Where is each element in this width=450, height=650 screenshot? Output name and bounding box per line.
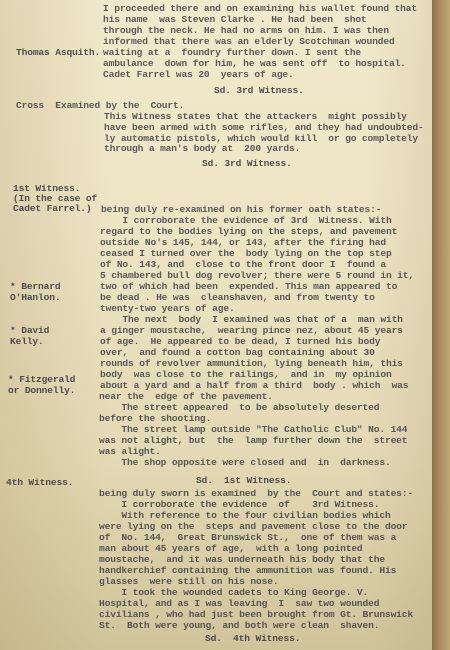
body-line: 5 chambered bull dog revolver; there wer… [100, 271, 414, 282]
margin-note: O'Hanlon. [10, 293, 60, 304]
body-line: a ginger moustache, wearing pince nez, a… [100, 326, 403, 337]
body-line: two of which had been expended. This man… [100, 282, 397, 293]
body-line: be dead . He was cleanshaven, and from t… [100, 293, 375, 304]
body-line: I corroborate the evidence of 3rd Witnes… [99, 500, 379, 511]
section-heading: Cadet Farrel.) [13, 204, 92, 215]
margin-note: Kelly. [10, 337, 44, 348]
margin-note: * David [10, 326, 49, 337]
body-line: was not alight, but the lamp further dow… [99, 436, 407, 447]
body-line: I took the wounded cadets to King George… [99, 588, 368, 599]
body-line: outside No's 145, 144, or 143, after the… [100, 238, 386, 249]
section-heading: 4th Witness. [6, 478, 73, 489]
body-line: Hospital, and as I was leaving I saw two… [99, 599, 379, 610]
body-line: man about 45 years of age, with a long p… [99, 544, 363, 555]
body-line: of age. He appeared to be dead, I turned… [100, 337, 380, 348]
body-line: of No. 144, Great Brunswick St., one of … [99, 533, 396, 544]
body-line: waiting at a foundry further down. I sen… [103, 48, 361, 59]
body-line: regard to the bodies lying on the steps,… [100, 227, 397, 238]
margin-note: or Donnelly. [8, 386, 75, 397]
body-line: ceased I turned over the body lying on t… [100, 249, 392, 260]
body-line: body was close to the railings, and in m… [100, 370, 392, 381]
body-line: The street appeared to be absolutely des… [99, 403, 379, 414]
body-line: The shop opposite were closed and in dar… [99, 458, 391, 469]
section-heading: Cross Examined by the Court. [16, 101, 184, 112]
body-line: being duly sworn is examined by the Cour… [99, 489, 413, 500]
body-line: were lying on the steps and pavement clo… [99, 522, 407, 533]
signature: Sd. 3rd Witness. [202, 159, 292, 170]
margin-note: * Fitzgerald [8, 375, 75, 386]
body-line: ambulance down for him, he was sent off … [103, 59, 406, 70]
signature: Sd. 1st Witness. [196, 476, 291, 487]
body-line: through a man's body at 200 yards. [104, 144, 300, 155]
body-line: I proceeded there and on examining his w… [103, 4, 417, 15]
body-line: rounds of revolver ammunition, lying ben… [100, 359, 403, 370]
margin-note: Thomas Asquith. [16, 48, 100, 59]
body-line: have been armed with some rifles, and th… [104, 123, 424, 134]
body-line: was alight. [99, 447, 161, 458]
body-line: before the shooting. [99, 414, 211, 425]
body-line: moustache, and it was underneath his bod… [99, 555, 385, 566]
body-line: his name was Steven Clarke . He had been… [103, 15, 367, 26]
body-line: near the edge of the pavement. [99, 392, 273, 403]
body-line: This Witness states that the attackers m… [104, 112, 407, 123]
body-line: St. Both were young, and both were clean… [99, 621, 379, 632]
signature: Sd. 3rd Witness. [214, 86, 304, 97]
body-line: With reference to the four civilian bodi… [99, 511, 391, 522]
signature: Sd. 4th Witness. [205, 634, 300, 645]
body-line: glasses were still on his nose. [99, 577, 278, 588]
body-line: Cadet Farrel was 20 years of age. [103, 70, 294, 81]
body-line: over, and found a cotton bag containing … [100, 348, 375, 359]
desk-edge [432, 0, 450, 650]
body-line: The next body I examined was that of a m… [100, 315, 403, 326]
body-line: about a yard and a half from a third bod… [100, 381, 408, 392]
body-line: civilians , who had just been brought fr… [99, 610, 413, 621]
body-line: handkerchief containing the ammunition w… [99, 566, 396, 577]
body-line: I corroborate the evidence of 3rd Witnes… [100, 216, 392, 227]
margin-note: * Bernard [10, 282, 60, 293]
body-line: of No. 143, and close to the front door … [100, 260, 386, 271]
body-line: being duly re-examined on his former oat… [101, 205, 381, 216]
body-line: The street lamp outside "The Catholic Cl… [99, 425, 407, 436]
body-line: informed that there was an elderly Scotc… [103, 37, 395, 48]
body-line: twenty-two years of age. [100, 304, 235, 315]
body-line: through the neck. He had no arms on him.… [103, 26, 389, 37]
